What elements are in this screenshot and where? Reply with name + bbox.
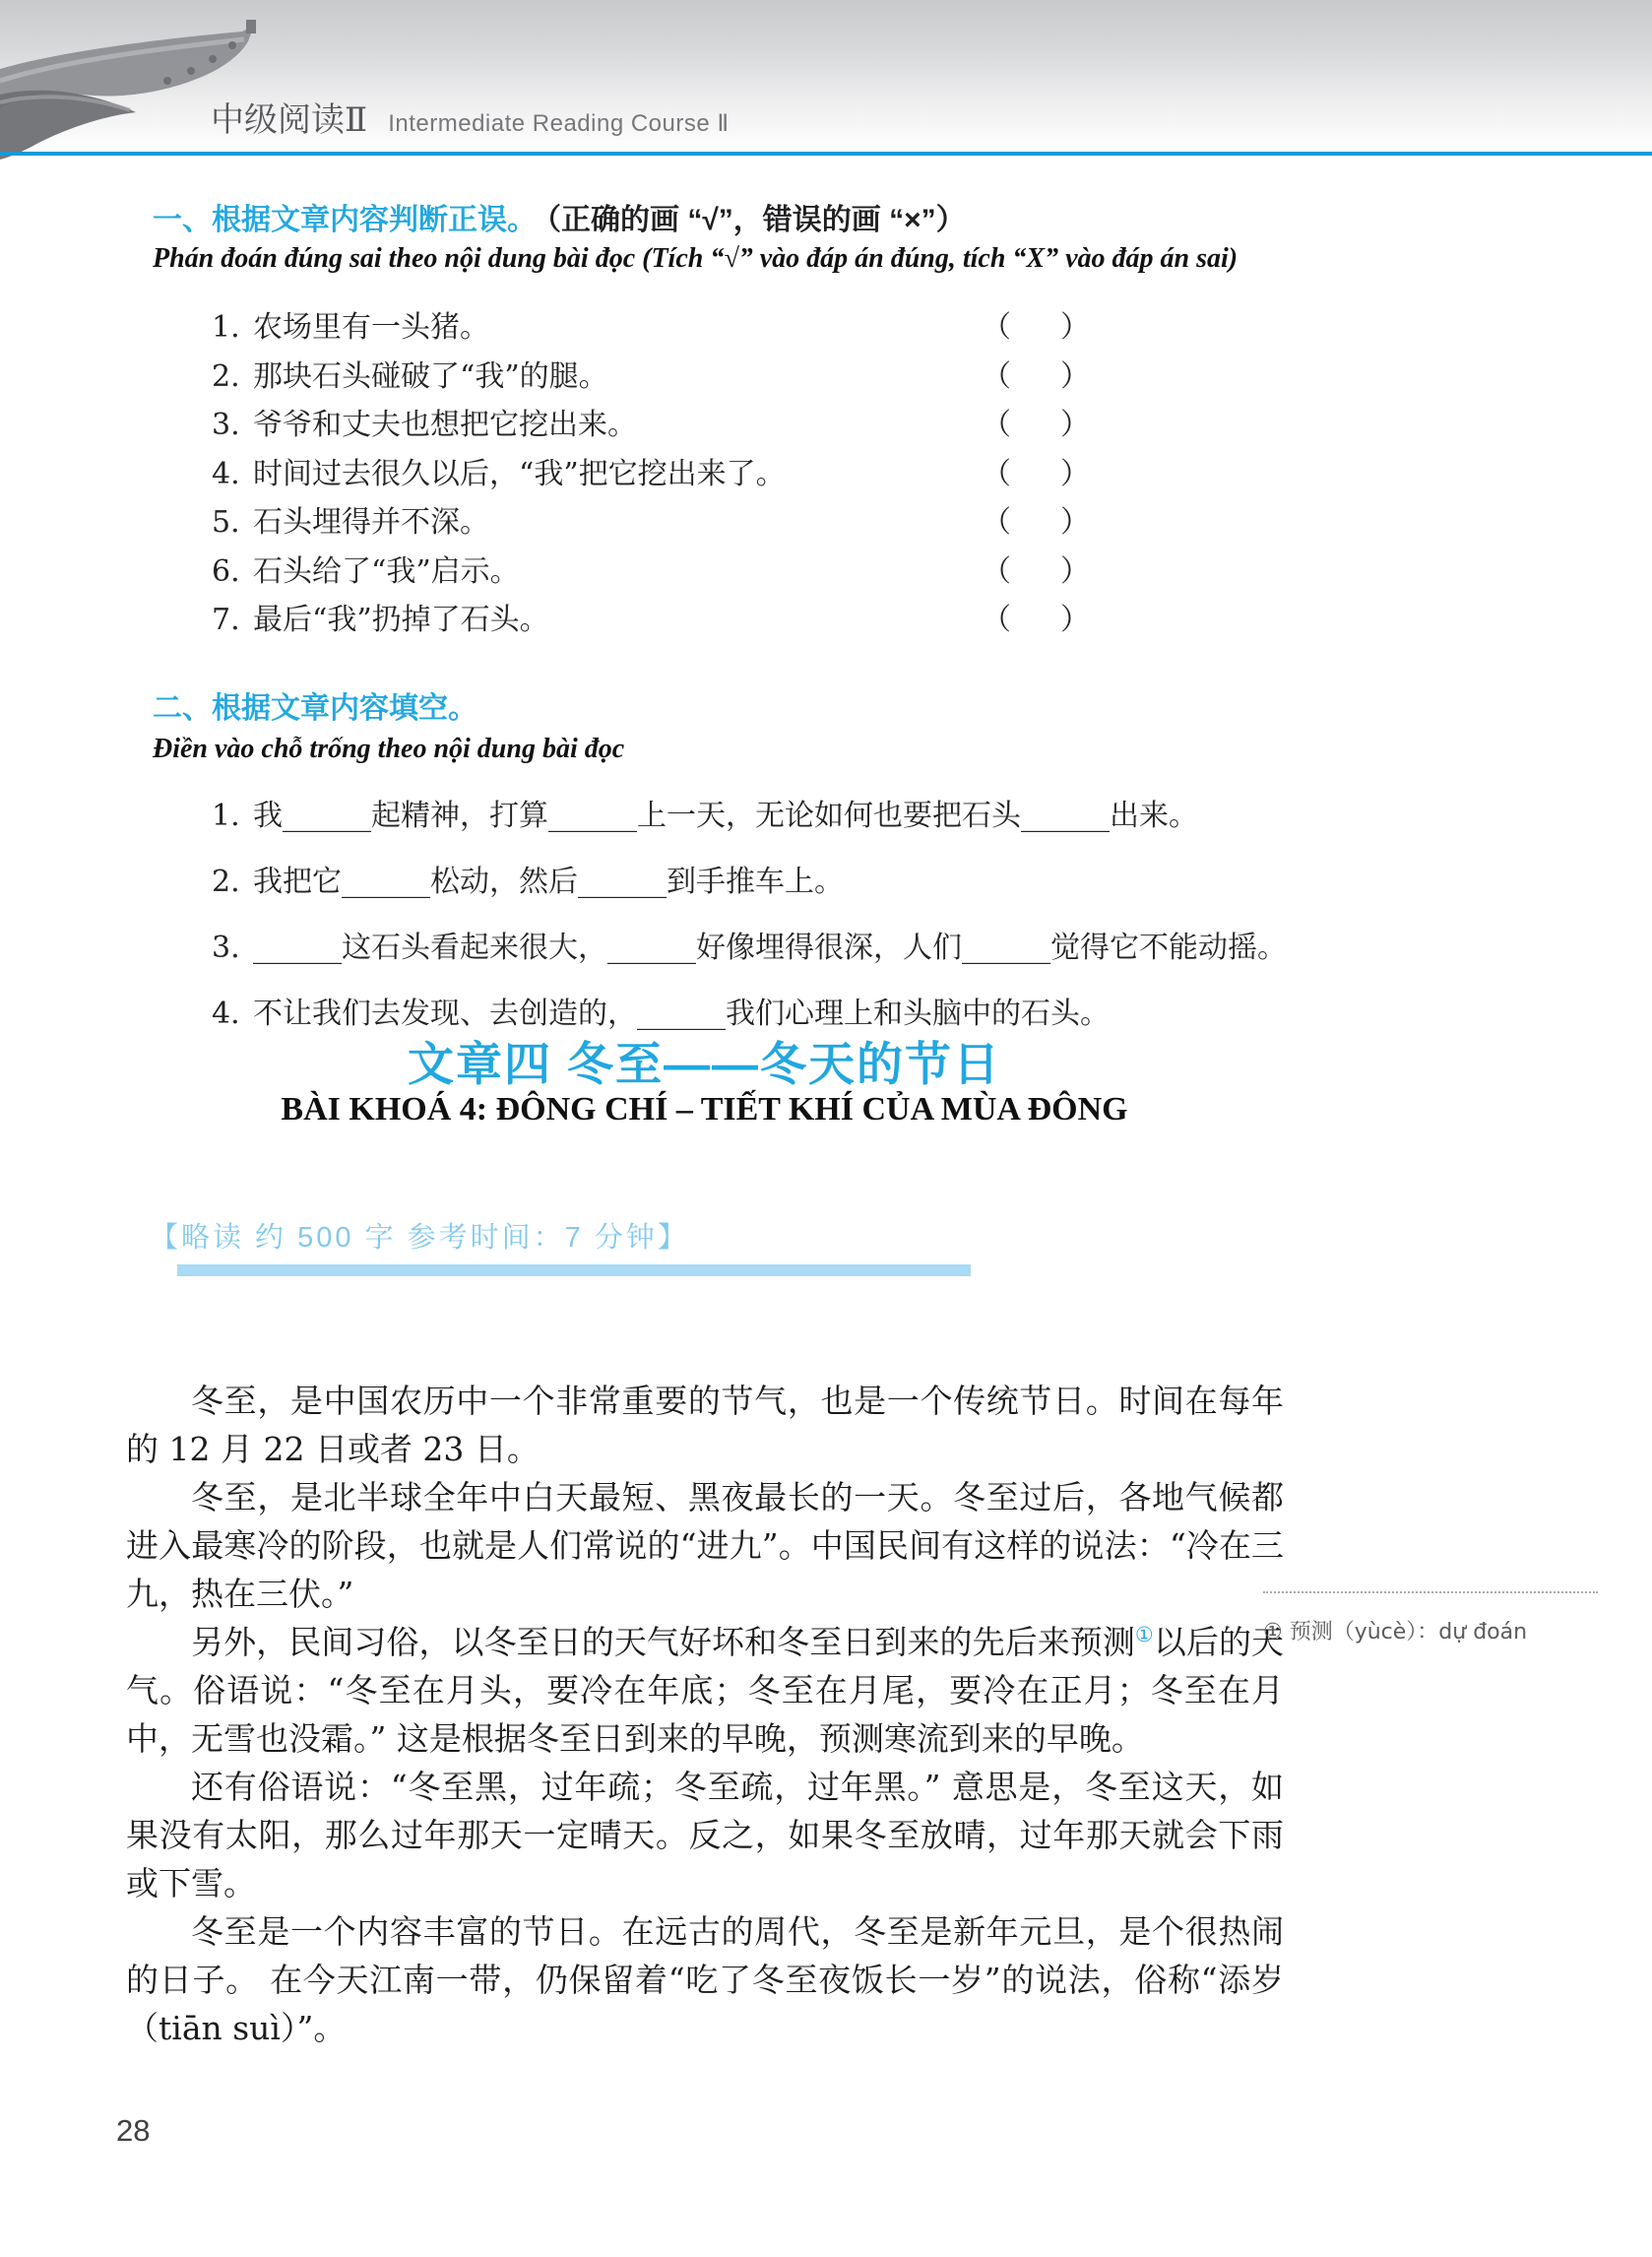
answer-brackets: （） xyxy=(982,352,1090,395)
item-number: 3. xyxy=(212,408,253,442)
meta-underline-bar xyxy=(177,1264,971,1276)
header-titles: 中级阅读Ⅱ Intermediate Reading Course Ⅱ xyxy=(211,93,730,141)
item-text: 我把它______松动，然后______到手推车上。 xyxy=(253,865,844,899)
article-body: 冬至，是中国农历中一个非常重要的节气，也是一个传统节日。时间在每年的 12 月 … xyxy=(126,1377,1284,2052)
bracket-close: ） xyxy=(1060,310,1090,345)
fill-blank-item: 3.______这石头看起来很大，______好像埋得很深，人们______觉得… xyxy=(212,926,1482,971)
item-number: 1. xyxy=(212,310,253,345)
answer-brackets: （） xyxy=(982,497,1090,541)
true-false-item: 3.爷爷和丈夫也想把它挖出来。（） xyxy=(212,400,1196,449)
course-title-cn: 中级阅读Ⅱ xyxy=(211,100,367,140)
body-paragraph: 还有俗语说：“冬至黑，过年疏；冬至疏，过年黑。” 意思是，冬至这天，如果没有太阳… xyxy=(126,1763,1284,1907)
header-divider-rule xyxy=(0,152,1652,156)
item-number: 6. xyxy=(212,554,253,589)
bracket-close: ） xyxy=(1060,505,1090,540)
answer-brackets: （） xyxy=(982,595,1090,638)
item-text: 不让我们去发现、去创造的，______我们心理上和头脑中的石头。 xyxy=(253,997,1110,1031)
item-number: 2. xyxy=(212,359,253,394)
exercise2-instruction-vi: Điền vào chỗ trống theo nội dung bài đọc xyxy=(153,734,624,765)
bracket-close: ） xyxy=(1060,457,1090,491)
bracket-open: （ xyxy=(982,310,1011,345)
item-number: 7. xyxy=(212,603,253,637)
item-text: ______这石头看起来很大，______好像埋得很深，人们______觉得它不… xyxy=(253,931,1287,965)
item-number: 5. xyxy=(212,505,253,540)
true-false-item: 7.最后“我”扔掉了石头。（） xyxy=(212,595,1196,644)
item-text: 农场里有一头猪。 xyxy=(253,310,489,345)
bracket-open: （ xyxy=(982,505,1011,540)
bracket-close: ） xyxy=(1060,408,1090,442)
bracket-open: （ xyxy=(982,359,1011,394)
true-false-list: 1.农场里有一头猪。（）2.那块石头碰破了“我”的腿。（）3.爷爷和丈夫也想把它… xyxy=(212,302,1196,644)
bracket-open: （ xyxy=(982,457,1011,491)
fill-blank-item: 1.我______起精神，打算______上一天，无论如何也要把石头______… xyxy=(212,794,1482,839)
bracket-open: （ xyxy=(982,603,1011,637)
item-number: 1. xyxy=(212,794,253,839)
true-false-item: 4.时间过去很久以后，“我”把它挖出来了。（） xyxy=(212,449,1196,498)
exercise1-heading-cn: 一、根据文章内容判断正误。 xyxy=(153,204,537,236)
item-text: 时间过去很久以后，“我”把它挖出来了。 xyxy=(253,457,786,491)
item-number: 4. xyxy=(212,457,253,491)
item-text: 石头埋得并不深。 xyxy=(253,505,489,540)
bracket-close: ） xyxy=(1060,554,1090,589)
item-number: 3. xyxy=(212,926,253,971)
bracket-open: （ xyxy=(982,408,1011,442)
body-paragraph: 冬至，是北半球全年中白天最短、黑夜最长的一天。冬至过后，各地气候都进入最寒冷的阶… xyxy=(126,1473,1284,1618)
bracket-open: （ xyxy=(982,554,1011,589)
answer-brackets: （） xyxy=(982,302,1090,346)
exercise2-heading-cn: 二、根据文章内容填空。 xyxy=(153,692,477,725)
item-text: 最后“我”扔掉了石头。 xyxy=(253,603,549,637)
article-title-vi: BÀI KHOÁ 4: ĐÔNG CHÍ – TIẾT KHÍ CỦA MÙA … xyxy=(126,1091,1283,1128)
footnote-ref: ① xyxy=(1135,1623,1154,1646)
sidenote-divider xyxy=(1263,1591,1598,1593)
answer-brackets: （） xyxy=(982,400,1090,443)
bracket-close: ） xyxy=(1060,359,1090,394)
item-text: 石头给了“我”启示。 xyxy=(253,554,520,589)
fill-blank-list: 1.我______起精神，打算______上一天，无论如何也要把石头______… xyxy=(212,794,1482,1058)
item-text: 那块石头碰破了“我”的腿。 xyxy=(253,359,608,394)
course-title-en: Intermediate Reading Course Ⅱ xyxy=(388,110,730,137)
body-paragraph: 冬至是一个内容丰富的节日。在远古的周代，冬至是新年元旦，是个很热闹的日子。 在今… xyxy=(126,1907,1284,2052)
body-paragraph: 冬至，是中国农历中一个非常重要的节气，也是一个传统节日。时间在每年的 12 月 … xyxy=(126,1377,1284,1473)
true-false-item: 1.农场里有一头猪。（） xyxy=(212,302,1196,352)
item-text: 爷爷和丈夫也想把它挖出来。 xyxy=(253,408,637,442)
true-false-item: 6.石头给了“我”启示。（） xyxy=(212,547,1196,596)
textbook-page: 中级阅读Ⅱ Intermediate Reading Course Ⅱ 一、根据… xyxy=(0,0,1652,2257)
answer-brackets: （） xyxy=(982,449,1090,492)
exercise2-heading: 二、根据文章内容填空。 xyxy=(153,683,477,727)
item-text: 我______起精神，打算______上一天，无论如何也要把石头______出来… xyxy=(253,799,1198,833)
answer-brackets: （） xyxy=(982,547,1090,590)
exercise1-heading: 一、根据文章内容判断正误。（正确的画 “√”，错误的画 “×”） xyxy=(153,195,966,238)
fill-blank-item: 2.我把它______松动，然后______到手推车上。 xyxy=(212,860,1482,905)
sidenote-footnote: ① 预测（yùcè）：dự đoán xyxy=(1263,1615,1637,1645)
item-number: 2. xyxy=(212,860,253,905)
article-title-cn: 文章四 冬至——冬天的节日 xyxy=(126,1028,1283,1094)
true-false-item: 5.石头埋得并不深。（） xyxy=(212,497,1196,547)
page-header: 中级阅读Ⅱ Intermediate Reading Course Ⅱ xyxy=(0,0,1652,152)
reading-meta: 【略读 约 500 字 参考时间：7 分钟】 xyxy=(150,1215,689,1256)
bracket-close: ） xyxy=(1060,603,1090,637)
page-number: 28 xyxy=(116,2113,150,2149)
body-paragraph: 另外，民间习俗，以冬至日的天气好坏和冬至日到来的先后来预测①以后的天气。俗语说：… xyxy=(126,1618,1284,1763)
true-false-item: 2.那块石头碰破了“我”的腿。（） xyxy=(212,352,1196,401)
exercise1-instruction-vi: Phán đoán đúng sai theo nội dung bài đọc… xyxy=(153,243,1238,275)
exercise1-heading-note: （正确的画 “√”，错误的画 “×”） xyxy=(546,204,966,236)
